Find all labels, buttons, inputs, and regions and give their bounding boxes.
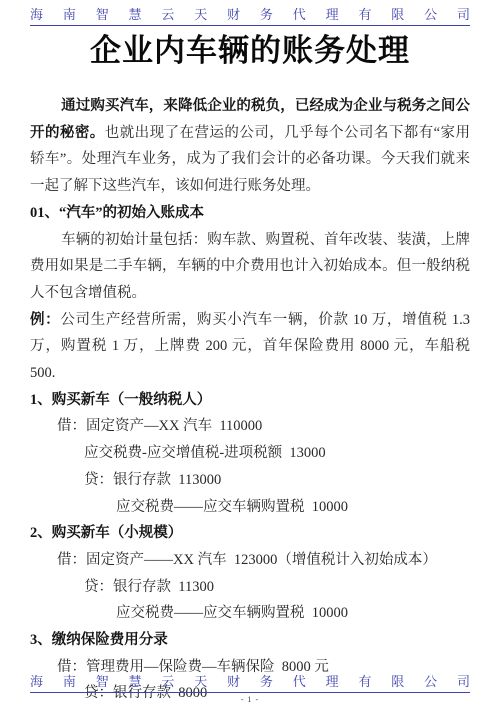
journal-entry-line: 应交税费——应交车辆购置税 10000	[30, 494, 470, 521]
example-label: 例：	[30, 312, 60, 328]
example-paragraph: 例：公司生产经营所需，购买小汽车一辆，价款 10 万，增值税 1.3 万，购置税…	[30, 307, 470, 387]
page-title: 企业内车辆的账务处理	[0, 32, 500, 70]
section-2-heading: 2、购买新车（小规模）	[30, 520, 470, 547]
document-page: 海南智慧云天财务代理有限公司 企业内车辆的账务处理 通过购买汽车，来降低企业的税…	[0, 0, 500, 707]
journal-entry-line: 贷：银行存款 11300	[30, 574, 470, 601]
example-text: 公司生产经营所需，购买小汽车一辆，价款 10 万，增值税 1.3 万，购置税 1…	[30, 312, 470, 381]
journal-entry-line: 应交税费——应交车辆购置税 10000	[30, 600, 470, 627]
footer-company-name: 海南智慧云天财务代理有限公司	[30, 674, 470, 693]
page-number: - 1 -	[0, 695, 500, 704]
journal-entry-line: 应交税费-应交增值税-进项税额 13000	[30, 440, 470, 467]
journal-entry-line: 借：固定资产—XX 汽车 110000	[30, 413, 470, 440]
initial-cost-paragraph: 车辆的初始计量包括：购车款、购置税、首年改装、装潢，上牌费用如果是二手车辆，车辆…	[30, 227, 470, 307]
journal-entry-line: 贷：银行存款 113000	[30, 467, 470, 494]
section-3-heading: 3、缴纳保险费用分录	[30, 627, 470, 654]
header-company-name: 海南智慧云天财务代理有限公司	[30, 7, 470, 26]
document-body: 通过购买汽车，来降低企业的税负，已经成为企业与税务之间公开的秘密。也就出现了在营…	[30, 93, 470, 707]
section-1-heading: 1、购买新车（一般纳税人）	[30, 387, 470, 414]
section-heading-initial-cost: 01、“汽车”的初始入账成本	[30, 200, 470, 227]
intro-paragraph: 通过购买汽车，来降低企业的税负，已经成为企业与税务之间公开的秘密。也就出现了在营…	[30, 93, 470, 200]
journal-entry-line: 借：固定资产——XX 汽车 123000（增值税计入初始成本）	[30, 547, 470, 574]
